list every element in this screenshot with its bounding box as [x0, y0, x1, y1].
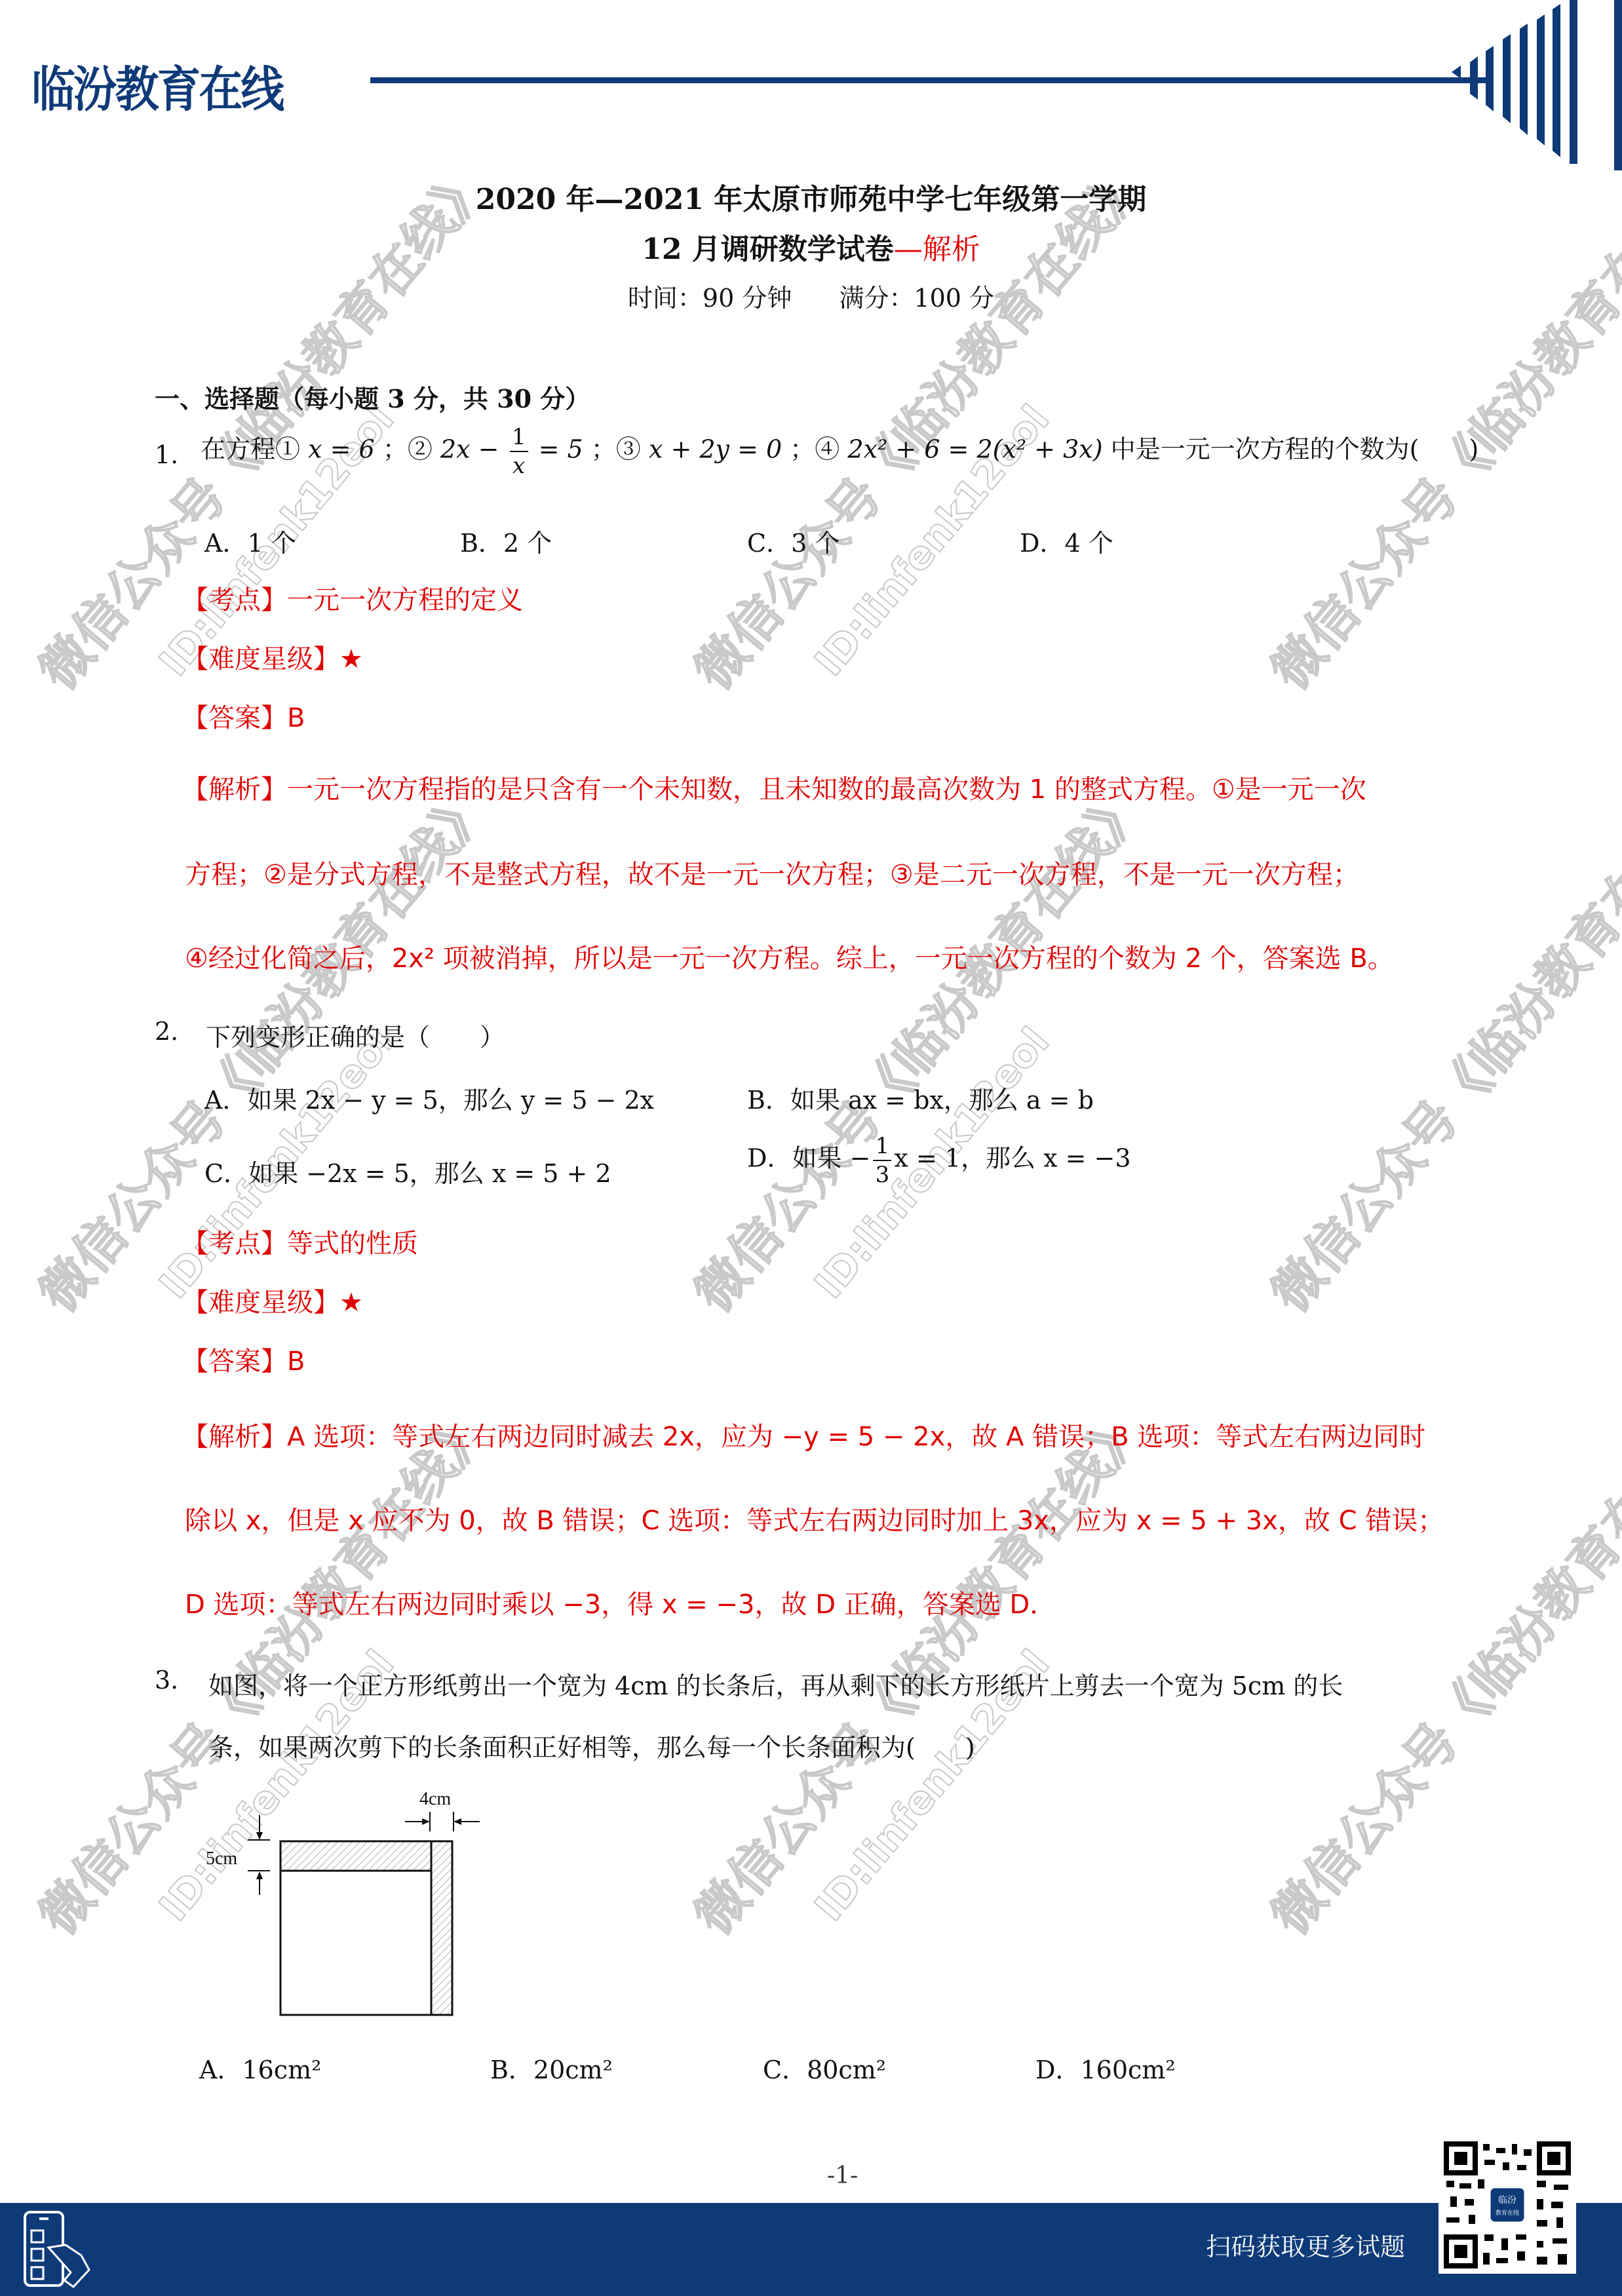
- fraction-numerator: 1: [873, 1135, 891, 1157]
- difficulty-label: 【难度星级】: [182, 1288, 339, 1318]
- answer-label: 【答案】: [182, 703, 287, 733]
- kaodian-label: 【考点】: [182, 1229, 287, 1259]
- qr-code[interactable]: 临汾 教育在线: [1439, 2136, 1576, 2274]
- q1-eq2-pre: 2x −: [440, 435, 499, 464]
- q3-option-c: C．80cm²: [763, 2050, 886, 2086]
- q1-eq2-post: = 5: [539, 435, 583, 464]
- exam-time: 时间：90 分钟: [628, 284, 792, 313]
- page-number: -1-: [827, 2162, 858, 2189]
- document-title: 2020 年—2021 年太原市师苑中学七年级第一学期: [0, 176, 1622, 218]
- header-rule: [370, 77, 1491, 83]
- answer-value: B: [287, 1347, 305, 1377]
- q3-option-b: B．20cm²: [490, 2050, 613, 2086]
- question-2-stem: 下列变形正确的是（ ）: [206, 1017, 505, 1053]
- qr-logo-line1: 临汾: [1498, 2195, 1516, 2206]
- q1-eq2-fraction: 1x: [510, 426, 528, 477]
- exam-meta: 时间：90 分钟 满分：100 分: [0, 278, 1622, 314]
- document-subtitle: 12 月调研数学试卷—解析: [0, 225, 1622, 267]
- q1-sep3: ；④: [790, 435, 840, 464]
- kaodian-value: 一元一次方程的定义: [287, 585, 523, 615]
- question-1-stem: 在方程① x = 6 ；② 2x − 1x = 5 ；③ x + 2y = 0 …: [201, 426, 1478, 477]
- phone-tap-icon: [18, 2207, 110, 2292]
- q2-option-b: B．如果 ax = bx，那么 a = b: [747, 1080, 1094, 1116]
- header-stripes-decoration: [1452, 0, 1622, 170]
- q1-option-c: C．3 个: [747, 523, 840, 559]
- q2-analysis-line-1: 【解析】A 选项：等式左右两边同时减去 2x，应为 −y = 5 − 2x，故 …: [182, 1394, 1493, 1480]
- q2-d-prefix: D．如果 −: [747, 1144, 870, 1173]
- q1-option-d: D．4 个: [1020, 523, 1113, 559]
- q1-sep1: ；②: [383, 435, 433, 464]
- q2-analysis-line-2: 除以 x，但是 x 应不为 0，故 B 错误；C 选项：等式左右两边同时加上 3…: [185, 1478, 1496, 1563]
- q1-difficulty: 【难度星级】★: [182, 638, 363, 676]
- q2-answer: 【答案】B: [182, 1341, 305, 1378]
- q1-kaodian: 【考点】一元一次方程的定义: [182, 579, 523, 617]
- question-3-stem-line-1: 如图，将一个正方形纸剪出一个宽为 4cm 的长条后，再从剩下的长方形纸片上剪去一…: [208, 1666, 1343, 1702]
- q1-sep2: ；③: [591, 435, 641, 464]
- fraction-bar: [873, 1160, 891, 1161]
- brand-logo-text: 临汾教育在线: [31, 51, 282, 121]
- fraction-denominator: x: [510, 455, 528, 477]
- q3-option-d: D．160cm²: [1035, 2050, 1176, 2086]
- section-heading: 一、选择题（每小题 3 分，共 30 分）: [155, 379, 590, 415]
- q1-option-a: A．1 个: [204, 523, 296, 559]
- qr-code-pattern: 临汾 教育在线: [1439, 2136, 1576, 2274]
- footer-cta: 扫码获取更多试题: [1206, 2227, 1405, 2263]
- question-1-number: 1.: [155, 440, 178, 469]
- question-3-stem-line-2: 条，如果两次剪下的长条面积正好相等，那么每一个长条面积为( ): [208, 1727, 975, 1763]
- subtitle-main: 12 月调研数学试卷: [642, 233, 894, 266]
- fraction-numerator: 1: [510, 426, 528, 448]
- analysis-label: 【解析】: [182, 775, 287, 805]
- q2-option-c: C．如果 −2x = 5，那么 x = 5 + 2: [204, 1153, 611, 1189]
- analysis-text: A 选项：等式左右两边同时减去 2x，应为 −y = 5 − 2x，故 A 错误…: [287, 1422, 1425, 1452]
- analysis-text: 一元一次方程指的是只含有一个未知数，且未知数的最高次数为 1 的整式方程。①是一…: [287, 775, 1366, 805]
- q2-difficulty: 【难度星级】★: [182, 1282, 363, 1319]
- q1-eq3: x + 2y = 0: [649, 435, 782, 464]
- square-cut-figure: 5cm 4cm: [197, 1782, 485, 2018]
- star-icon: ★: [339, 1288, 363, 1318]
- q1-eq4: 2x² + 6 = 2(x² + 3x): [847, 435, 1102, 464]
- q2-d-suffix: x = 1，那么 x = −3: [894, 1144, 1130, 1173]
- question-3-number: 3.: [155, 1666, 178, 1694]
- label-4cm: 4cm: [419, 1789, 451, 1809]
- q1-stem-suffix: 中是一元一次方程的个数为( ): [1111, 435, 1479, 464]
- q1-eq1: x = 6: [308, 435, 375, 464]
- q1-analysis-line-2: 方程；②是分式方程，不是整式方程，故不是一元一次方程；③是二元一次方程，不是一元…: [185, 832, 1496, 917]
- q1-analysis-line-1: 【解析】一元一次方程指的是只含有一个未知数，且未知数的最高次数为 1 的整式方程…: [182, 747, 1493, 832]
- q2-kaodian: 【考点】等式的性质: [182, 1223, 418, 1260]
- q2-option-d: D．如果 −13x = 1，那么 x = −3: [747, 1135, 1131, 1186]
- subtitle-answer-tag: —解析: [894, 233, 980, 266]
- q1-answer: 【答案】B: [182, 697, 305, 735]
- label-5cm: 5cm: [206, 1848, 237, 1869]
- kaodian-value: 等式的性质: [287, 1229, 418, 1259]
- q1-option-b: B．2 个: [460, 523, 552, 559]
- q1-stem-prefix: 在方程①: [201, 435, 300, 464]
- question-2-number: 2.: [155, 1017, 178, 1046]
- answer-value: B: [287, 703, 305, 733]
- qr-logo-line2: 教育在线: [1496, 2209, 1519, 2217]
- fraction-bar: [510, 451, 528, 452]
- exam-score: 满分：100 分: [839, 284, 994, 313]
- q2-option-a: A．如果 2x − y = 5，那么 y = 5 − 2x: [204, 1080, 654, 1116]
- q1-analysis-line-3: ④经过化简之后，2x² 项被消掉，所以是一元一次方程。综上，一元一次方程的个数为…: [185, 916, 1496, 1001]
- q2-analysis-line-3: D 选项：等式左右两边同时乘以 −3，得 x = −3，故 D 正确，答案选 D…: [185, 1562, 1496, 1647]
- star-icon: ★: [339, 644, 363, 674]
- q2-d-fraction: 13: [873, 1135, 891, 1186]
- difficulty-label: 【难度星级】: [182, 644, 339, 674]
- answer-label: 【答案】: [182, 1347, 287, 1377]
- q3-option-a: A．16cm²: [199, 2050, 321, 2086]
- analysis-label: 【解析】: [182, 1422, 287, 1452]
- fraction-denominator: 3: [873, 1164, 891, 1186]
- kaodian-label: 【考点】: [182, 585, 287, 615]
